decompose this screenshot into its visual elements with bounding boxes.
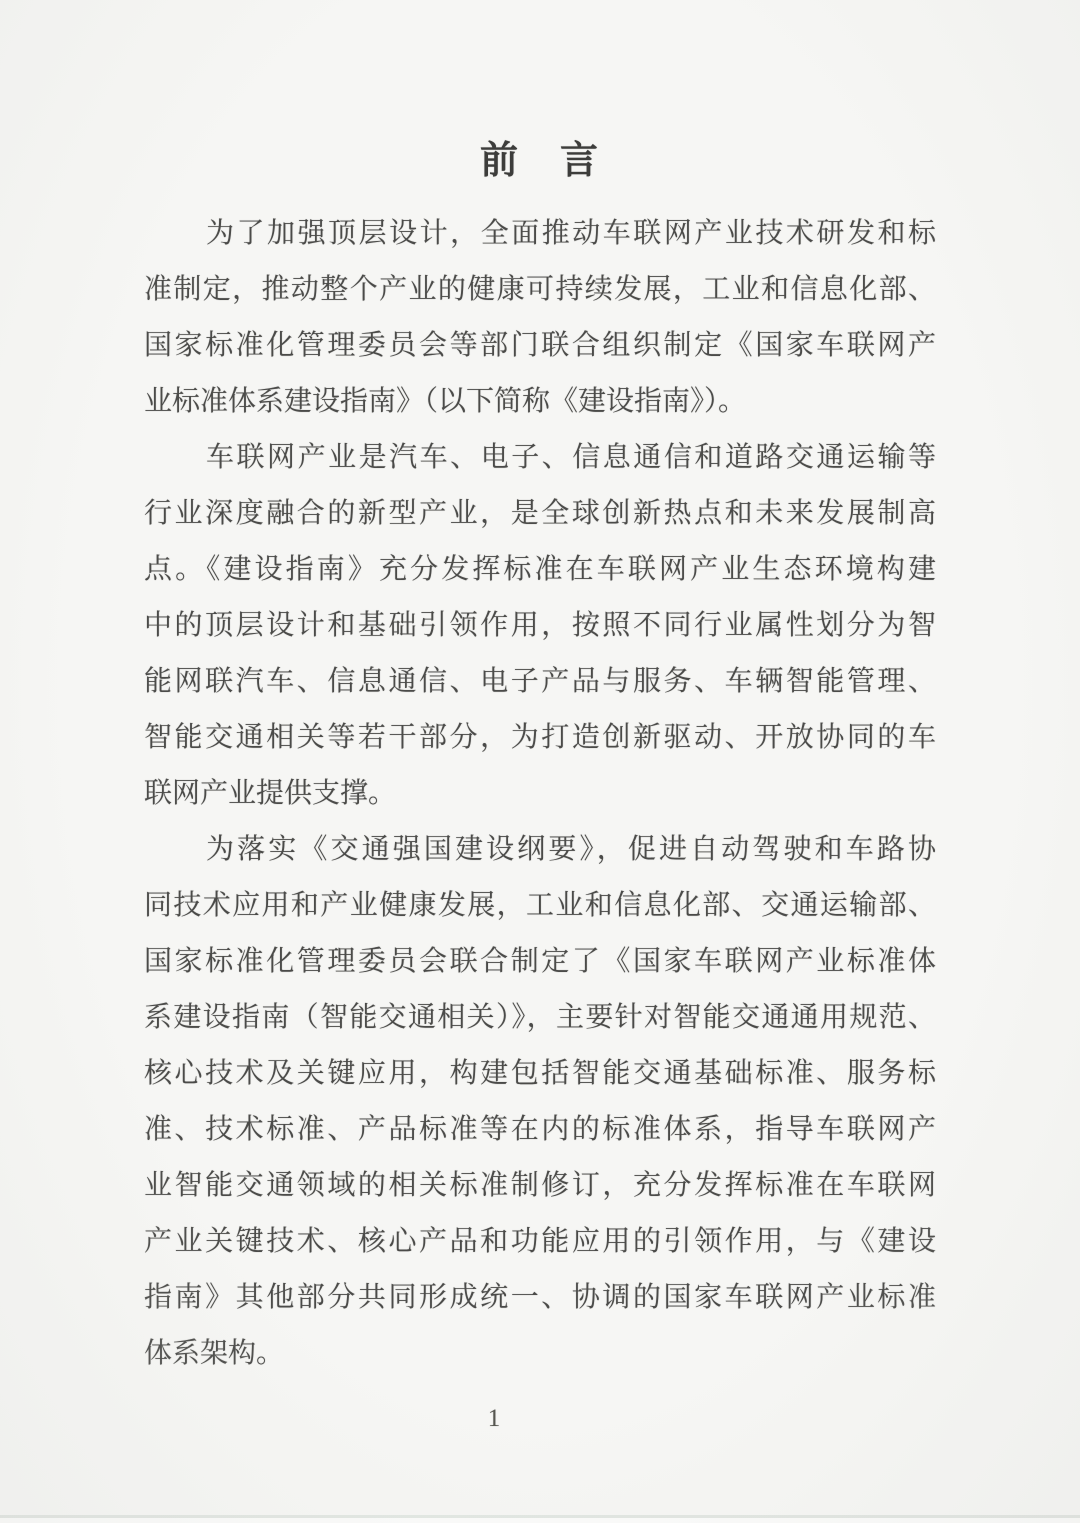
text-line: 为了加强顶层设计，全面推动车联网产业技术研发和标 <box>144 206 936 262</box>
text-line: 中的顶层设计和基础引领作用，按照不同行业属性划分为智 <box>144 598 936 654</box>
text-line: 国家标准化管理委员会等部门联合组织制定《国家车联网产 <box>144 318 936 374</box>
text-line: 业标准体系建设指南》（以下简称《建设指南》）。 <box>144 374 936 430</box>
text-line: 准、技术标准、产品标准等在内的标准体系，指导车联网产 <box>144 1102 936 1158</box>
document-body: 为了加强顶层设计，全面推动车联网产业技术研发和标准制定，推动整个产业的健康可持续… <box>144 206 936 1382</box>
text-line: 能网联汽车、信息通信、电子产品与服务、车辆智能管理、 <box>144 654 936 710</box>
text-line: 产业关键技术、核心产品和功能应用的引领作用，与《建设 <box>144 1214 936 1270</box>
text-line: 国家标准化管理委员会联合制定了《国家车联网产业标准体 <box>144 934 936 990</box>
text-line: 车联网产业是汽车、电子、信息通信和道路交通运输等 <box>144 430 936 486</box>
scan-bottom-strip <box>0 1518 1080 1523</box>
page-title: 前 言 <box>0 0 1080 184</box>
paragraph: 车联网产业是汽车、电子、信息通信和道路交通运输等行业深度融合的新型产业，是全球创… <box>144 430 936 822</box>
text-line: 点。《建设指南》充分发挥标准在车联网产业生态环境构建 <box>144 542 936 598</box>
paragraph: 为落实《交通强国建设纲要》，促进自动驾驶和车路协同技术应用和产业健康发展，工业和… <box>144 822 936 1382</box>
text-line: 准制定，推动整个产业的健康可持续发展，工业和信息化部、 <box>144 262 936 318</box>
text-line: 智能交通相关等若干部分，为打造创新驱动、开放协同的车 <box>144 710 936 766</box>
text-line: 核心技术及关键应用，构建包括智能交通基础标准、服务标 <box>144 1046 936 1102</box>
text-line: 指南》其他部分共同形成统一、协调的国家车联网产业标准 <box>144 1270 936 1326</box>
text-line: 系建设指南（智能交通相关）》，主要针对智能交通通用规范、 <box>144 990 936 1046</box>
text-line: 联网产业提供支撑。 <box>144 766 936 822</box>
text-line: 行业深度融合的新型产业，是全球创新热点和未来发展制高 <box>144 486 936 542</box>
text-line: 为落实《交通强国建设纲要》，促进自动驾驶和车路协 <box>144 822 936 878</box>
text-line: 业智能交通领域的相关标准制修订，充分发挥标准在车联网 <box>144 1158 936 1214</box>
document-page: 前 言 为了加强顶层设计，全面推动车联网产业技术研发和标准制定，推动整个产业的健… <box>0 0 1080 1523</box>
text-line: 同技术应用和产业健康发展，工业和信息化部、交通运输部、 <box>144 878 936 934</box>
paragraph: 为了加强顶层设计，全面推动车联网产业技术研发和标准制定，推动整个产业的健康可持续… <box>144 206 936 430</box>
page-number: 1 <box>0 1404 988 1434</box>
text-line: 体系架构。 <box>144 1326 936 1382</box>
